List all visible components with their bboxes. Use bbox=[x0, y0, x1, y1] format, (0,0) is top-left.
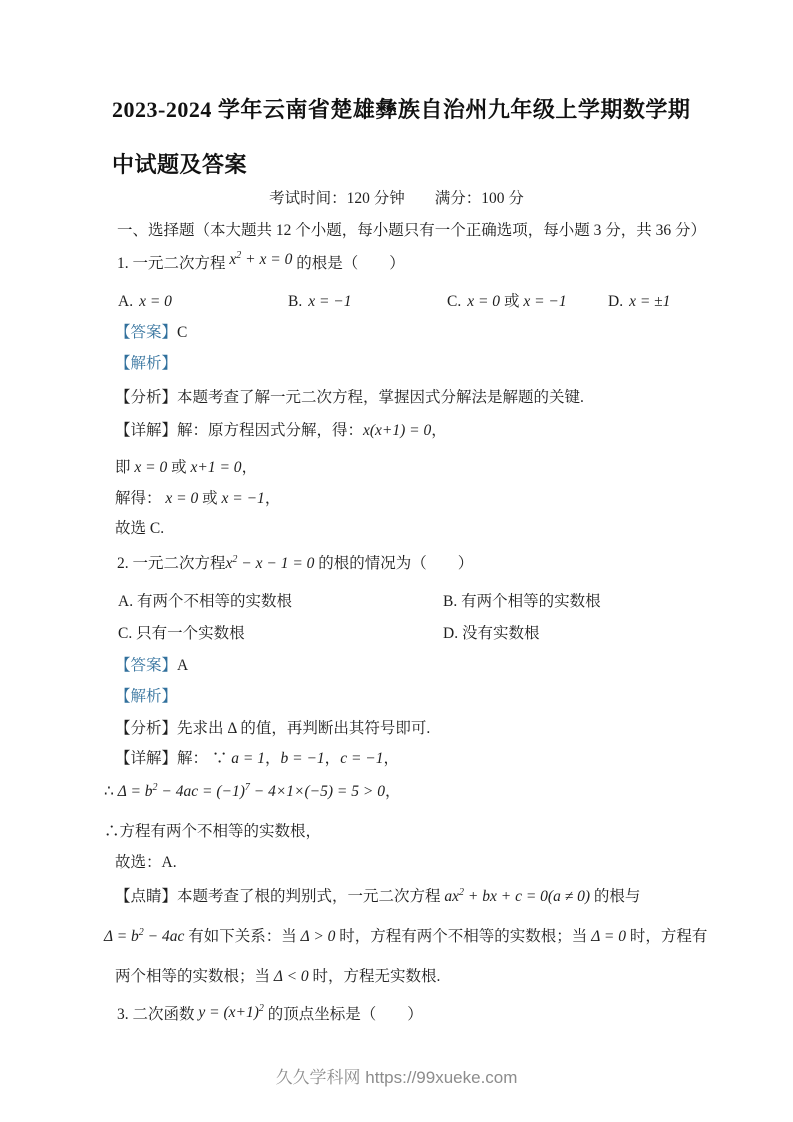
formula-rest: + x = 0 bbox=[241, 251, 292, 268]
conclusion-text: ∴方程有两个不相等的实数根， bbox=[104, 823, 321, 840]
formula-part-1: ax bbox=[444, 888, 459, 905]
question-3-number: 3. 二次函数 bbox=[117, 1006, 198, 1023]
option-d-text: D. 没有实数根 bbox=[443, 625, 539, 642]
step-formula-2: x+1 = 0 bbox=[191, 459, 242, 476]
delta-formula: Δ = b2 − 4ac = (−1)7 − 4×1×(−5) = 5 > 0 bbox=[118, 783, 385, 800]
option-b-text: B. 有两个相等的实数根 bbox=[443, 593, 601, 610]
question-1-step-line-1: 即 x = 0 或 x+1 = 0， bbox=[115, 457, 257, 479]
question-1-xiangjie-line: 【详解】解：原方程因式分解，得：x(x+1) = 0， bbox=[115, 420, 447, 442]
question-1-stem-suffix: 的根是（ ） bbox=[292, 255, 404, 272]
solve-formula-1: x = 0 bbox=[165, 490, 198, 507]
question-2-option-d: D. 没有实数根 bbox=[443, 623, 539, 645]
question-2-option-c: C. 只有一个实数根 bbox=[118, 623, 245, 645]
question-2-option-a: A. 有两个不相等的实数根 bbox=[118, 591, 292, 613]
question-1-formula: x2 + x = 0 bbox=[229, 249, 292, 271]
option-c-value-1: x = 0 bbox=[467, 293, 500, 310]
separator: ， bbox=[384, 750, 400, 767]
dianjing-text: 【点睛】本题考查了根的判别式，一元二次方程 bbox=[115, 888, 444, 905]
option-b-label: B. bbox=[288, 293, 302, 310]
jiexi-label: 【解析】 bbox=[115, 355, 177, 372]
relation-text-3: 时，方程有 bbox=[626, 928, 707, 945]
document-title-line-2: 中试题及答案 bbox=[112, 154, 247, 176]
solve-punct: ， bbox=[265, 490, 281, 507]
option-d-value: x = ±1 bbox=[629, 293, 670, 310]
step-punct: ， bbox=[242, 459, 258, 476]
delta-negative: Δ < 0 bbox=[274, 968, 309, 985]
question-1-number: 1. 一元二次方程 bbox=[117, 255, 229, 272]
question-1-answer-line: 【答案】C bbox=[115, 322, 187, 344]
formula-part-2: − 4ac bbox=[144, 928, 185, 945]
formula-punct: ， bbox=[385, 783, 401, 800]
formula-part-2: − 4ac = (−1) bbox=[158, 783, 245, 800]
dianjing-suffix: 的根与 bbox=[590, 888, 640, 905]
document-title-text-2: 中试题及答案 bbox=[112, 152, 247, 177]
xiangjie-formula-3: c = −1 bbox=[340, 750, 383, 767]
option-a-value: x = 0 bbox=[139, 293, 172, 310]
relation-text-2: 时，方程有两个不相等的实数根；当 bbox=[335, 928, 591, 945]
question-3-stem: 3. 二次函数 y = (x+1)2 的顶点坐标是（ ） bbox=[117, 1004, 423, 1026]
answer-value: C bbox=[177, 324, 187, 341]
question-2-delta-line: ∴ Δ = b2 − 4ac = (−1)7 − 4×1×(−5) = 5 > … bbox=[104, 781, 400, 803]
option-d-label: D. bbox=[608, 293, 623, 310]
exam-info-line: 考试时间：120 分钟满分：100 分 bbox=[0, 188, 793, 210]
section-1-heading: 一、选择题（本大题共 12 个小题，每小题只有一个正确选项，每小题 3 分，共 … bbox=[117, 220, 706, 242]
solve-formula-2: x = −1 bbox=[222, 490, 265, 507]
xiangjie-punct: ， bbox=[431, 422, 447, 439]
separator: ， bbox=[265, 750, 281, 767]
question-1-stem: 1. 一元二次方程 x2 + x = 0 的根是（ ） bbox=[117, 253, 405, 275]
question-2-choice-line: 故选：A. bbox=[115, 852, 177, 874]
question-2-option-b: B. 有两个相等的实数根 bbox=[443, 591, 601, 613]
xiangjie-formula-1: a = 1 bbox=[231, 750, 265, 767]
relation-text-1: 有如下关系：当 bbox=[184, 928, 300, 945]
question-1-option-a: A.x = 0 bbox=[118, 291, 172, 313]
relation-text-4: 两个相等的实数根；当 bbox=[115, 968, 274, 985]
answer-label: 【答案】 bbox=[115, 324, 177, 341]
step-or-text: 或 bbox=[167, 459, 190, 476]
fenxi-text: 【分析】本题考查了解一元二次方程，掌握因式分解法是解题的关键. bbox=[115, 389, 584, 406]
question-2-stem: 2. 一元二次方程x2 − x − 1 = 0 的根的情况为（ ） bbox=[117, 553, 473, 575]
section-1-heading-text: 一、选择题（本大题共 12 个小题，每小题只有一个正确选项，每小题 3 分，共 … bbox=[117, 222, 706, 239]
question-1-option-b: B.x = −1 bbox=[288, 291, 352, 313]
formula-exponent: 2 bbox=[259, 1003, 264, 1014]
option-a-text: A. 有两个不相等的实数根 bbox=[118, 593, 292, 610]
question-1-fenxi-line: 【分析】本题考查了解一元二次方程，掌握因式分解法是解题的关键. bbox=[115, 387, 584, 409]
therefore-symbol: ∴ bbox=[104, 783, 118, 800]
solve-prefix: 解得： bbox=[115, 490, 165, 507]
option-b-value: x = −1 bbox=[308, 293, 351, 310]
exam-document-page: 2023-2024 学年云南省楚雄彝族自治州九年级上学期数学期 中试题及答案 考… bbox=[0, 0, 793, 1122]
question-2-answer-line: 【答案】A bbox=[115, 655, 188, 677]
xiangjie-formula: x(x+1) = 0 bbox=[363, 422, 431, 439]
jiexi-label: 【解析】 bbox=[115, 688, 177, 705]
discriminant-formula: Δ = b2 − 4ac bbox=[104, 928, 184, 945]
question-1-conclusion-line: 故选 C. bbox=[115, 518, 164, 540]
xiangjie-text: 【详解】解： ∵ bbox=[115, 750, 231, 767]
document-title-text-1: 2023-2024 学年云南省楚雄彝族自治州九年级上学期数学期 bbox=[112, 97, 690, 122]
formula-base: y = (x+1) bbox=[198, 1004, 259, 1021]
answer-label: 【答案】 bbox=[115, 657, 177, 674]
conclusion-text: 故选 C. bbox=[115, 520, 164, 537]
formula-rest: − x − 1 = 0 bbox=[237, 555, 314, 572]
footer-site-url: 久久学科网 https://99xueke.com bbox=[276, 1068, 518, 1087]
question-1-option-c: C.x = 0 或 x = −1 bbox=[447, 291, 567, 313]
dianjing-formula: ax2 + bx + c = 0(a ≠ 0) bbox=[444, 888, 590, 905]
formula-condition: (a ≠ 0) bbox=[548, 888, 590, 905]
question-3-stem-suffix: 的顶点坐标是（ ） bbox=[264, 1006, 423, 1023]
option-a-label: A. bbox=[118, 293, 133, 310]
answer-value: A bbox=[177, 657, 188, 674]
choice-text: 故选：A. bbox=[115, 854, 177, 871]
option-c-text: C. 只有一个实数根 bbox=[118, 625, 245, 642]
delta-zero: Δ = 0 bbox=[591, 928, 626, 945]
fenxi-text: 【分析】先求出 Δ 的值，再判断出其符号即可. bbox=[115, 720, 430, 737]
formula-part-2: + bx + c = 0 bbox=[464, 888, 548, 905]
exam-time-label: 考试时间：120 分钟 bbox=[269, 190, 405, 207]
xiangjie-text: 【详解】解：原方程因式分解，得： bbox=[115, 422, 363, 439]
question-2-jiexi-line: 【解析】 bbox=[115, 686, 177, 708]
question-2-formula: x2 − x − 1 = 0 bbox=[226, 555, 315, 572]
step-prefix: 即 bbox=[115, 459, 134, 476]
question-3-formula: y = (x+1)2 bbox=[198, 1002, 264, 1024]
question-2-fenxi-line: 【分析】先求出 Δ 的值，再判断出其符号即可. bbox=[115, 718, 430, 740]
option-c-label: C. bbox=[447, 293, 461, 310]
question-2-xiangjie-line: 【详解】解： ∵ a = 1，b = −1，c = −1， bbox=[115, 748, 399, 770]
question-2-dianjing-line-3: 两个相等的实数根；当 Δ < 0 时，方程无实数根. bbox=[115, 966, 440, 988]
question-1-step-line-2: 解得： x = 0 或 x = −1， bbox=[115, 488, 280, 510]
footer-watermark: 久久学科网 https://99xueke.com bbox=[0, 1067, 793, 1089]
separator: ， bbox=[325, 750, 341, 767]
question-2-number: 2. 一元二次方程 bbox=[117, 555, 226, 572]
step-formula-1: x = 0 bbox=[134, 459, 167, 476]
question-2-stem-suffix: 的根的情况为（ ） bbox=[314, 555, 473, 572]
xiangjie-formula-2: b = −1 bbox=[281, 750, 325, 767]
delta-positive: Δ > 0 bbox=[301, 928, 336, 945]
formula-part-1: Δ = b bbox=[104, 928, 139, 945]
formula-part-1: Δ = b bbox=[118, 783, 153, 800]
question-2-conclusion-line: ∴方程有两个不相等的实数根， bbox=[104, 821, 321, 843]
full-score-label: 满分：100 分 bbox=[435, 190, 524, 207]
document-title-line-1: 2023-2024 学年云南省楚雄彝族自治州九年级上学期数学期 bbox=[112, 99, 690, 121]
option-c-value-2: x = −1 bbox=[523, 293, 566, 310]
option-c-or-text: 或 bbox=[500, 293, 523, 310]
question-2-dianjing-line-1: 【点睛】本题考查了根的判别式，一元二次方程 ax2 + bx + c = 0(a… bbox=[115, 886, 640, 908]
formula-part-3: − 4×1×(−5) = 5 > 0 bbox=[250, 783, 385, 800]
question-1-option-d: D.x = ±1 bbox=[608, 291, 670, 313]
solve-or-text: 或 bbox=[198, 490, 221, 507]
question-1-jiexi-line: 【解析】 bbox=[115, 353, 177, 375]
relation-text-5: 时，方程无实数根. bbox=[309, 968, 441, 985]
question-2-dianjing-line-2: Δ = b2 − 4ac 有如下关系：当 Δ > 0 时，方程有两个不相等的实数… bbox=[104, 926, 707, 948]
